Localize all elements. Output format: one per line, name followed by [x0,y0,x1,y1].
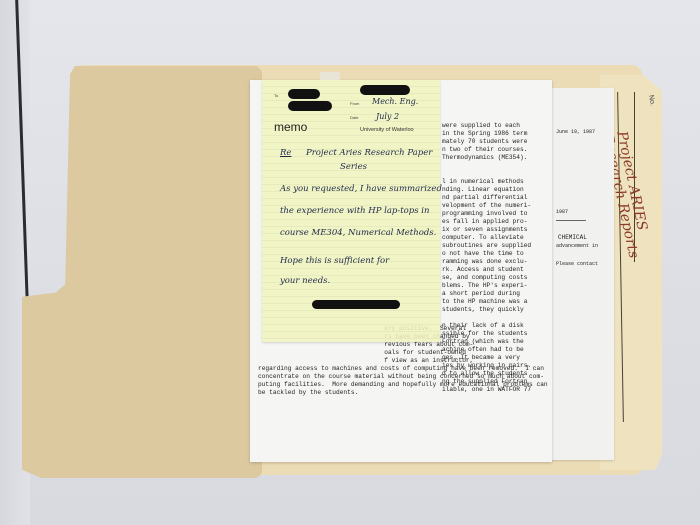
letter-date: June 19, 1987 [556,128,595,136]
memo-from-label: From [350,101,359,106]
memo-body-line: Hope this is sufficient for [280,256,389,266]
memo-note: To From Mech. Eng. Date July 2 memo Univ… [262,80,440,342]
memo-body-line: As you requested, I have summarized [280,184,442,194]
memo-date-label: Date [350,115,358,120]
letter-closing: Please contact [556,260,598,268]
letter-heading: CHEMICAL [558,234,587,242]
manila-folder-front [22,66,262,478]
memo-body-line: course ME304, Numerical Methods. [280,228,436,238]
redacted-signature [312,300,400,309]
letter-year: 1987 [556,208,568,216]
memo-body-line: the experience with HP lap-tops in [280,206,429,216]
paper-clip [320,72,340,80]
memo-subject-line-2: Series [340,162,367,172]
memo-re-label: Re [280,148,291,158]
redacted-to-name-2 [288,101,332,111]
memo-from-value: Mech. Eng. [372,97,418,106]
memo-title: memo [274,120,307,134]
memo-subject-line-1: Project Aries Research Paper [306,148,432,158]
redacted-from-name [360,85,410,95]
memo-organization: University of Waterloo [360,127,414,133]
letter-rule [556,220,586,221]
memo-body-line: your needs. [280,276,330,286]
redacted-to-name-1 [288,89,320,99]
letter-line: advancement in [556,242,598,250]
memo-to-label: To [274,93,278,98]
memo-date-value: July 2 [376,112,399,121]
